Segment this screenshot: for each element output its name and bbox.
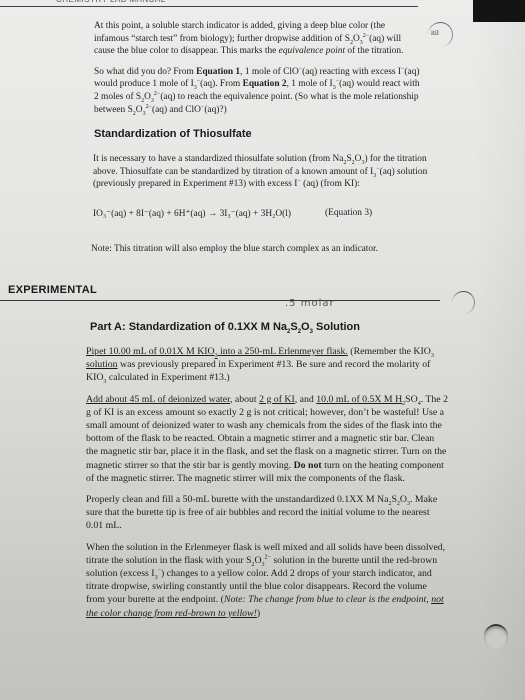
handwritten-annotation: .5 molar (285, 298, 335, 309)
intro-section: At this point, a soluble starch indicato… (94, 20, 420, 124)
intro-paragraph-2: So what did you do? From Equation 1, 1 m… (94, 66, 420, 116)
intro-paragraph-1: At this point, a soluble starch indicato… (94, 20, 420, 58)
standardization-paragraph: It is necessary to have a standardized t… (93, 153, 429, 191)
punch-hole-middle (452, 291, 475, 314)
procedure-step-add: Add about 45 mL of deionized water, abou… (86, 393, 448, 485)
equation-3-label: (Equation 3) (325, 207, 372, 220)
page-edge-shadow (473, 22, 525, 700)
punch-hole-bottom (484, 624, 508, 650)
experimental-rule (0, 300, 440, 301)
procedure-step-titrate: When the solution in the Erlenmeyer flas… (86, 541, 448, 620)
header-rule (0, 6, 418, 7)
section-heading-standardization: Standardization of Thiosulfate (94, 128, 252, 140)
procedure-step-pipet: Pipet 10.00 mL of 0.01X M KIO3 into a 25… (86, 345, 448, 385)
margin-note: itil (431, 29, 439, 37)
background-dark-corner (473, 0, 525, 22)
procedure-step-burette: Properly clean and fill a 50-mL burette … (86, 493, 448, 533)
standardization-note: Note: This titration will also employ th… (91, 243, 378, 256)
section-heading-experimental: EXPERIMENTAL (8, 284, 97, 296)
running-header: CHEMISTRY LAB MANUAL (56, 0, 166, 4)
equation-3: IO₃⁻(aq) + 8I⁻(aq) + 6H⁺(aq) → 3I₃⁻(aq) … (93, 208, 291, 221)
part-a-heading: Part A: Standardization of 0.1XX M Na2S2… (90, 321, 360, 333)
procedure-section: Pipet 10.00 mL of 0.01X M KIO3 into a 25… (86, 345, 448, 628)
